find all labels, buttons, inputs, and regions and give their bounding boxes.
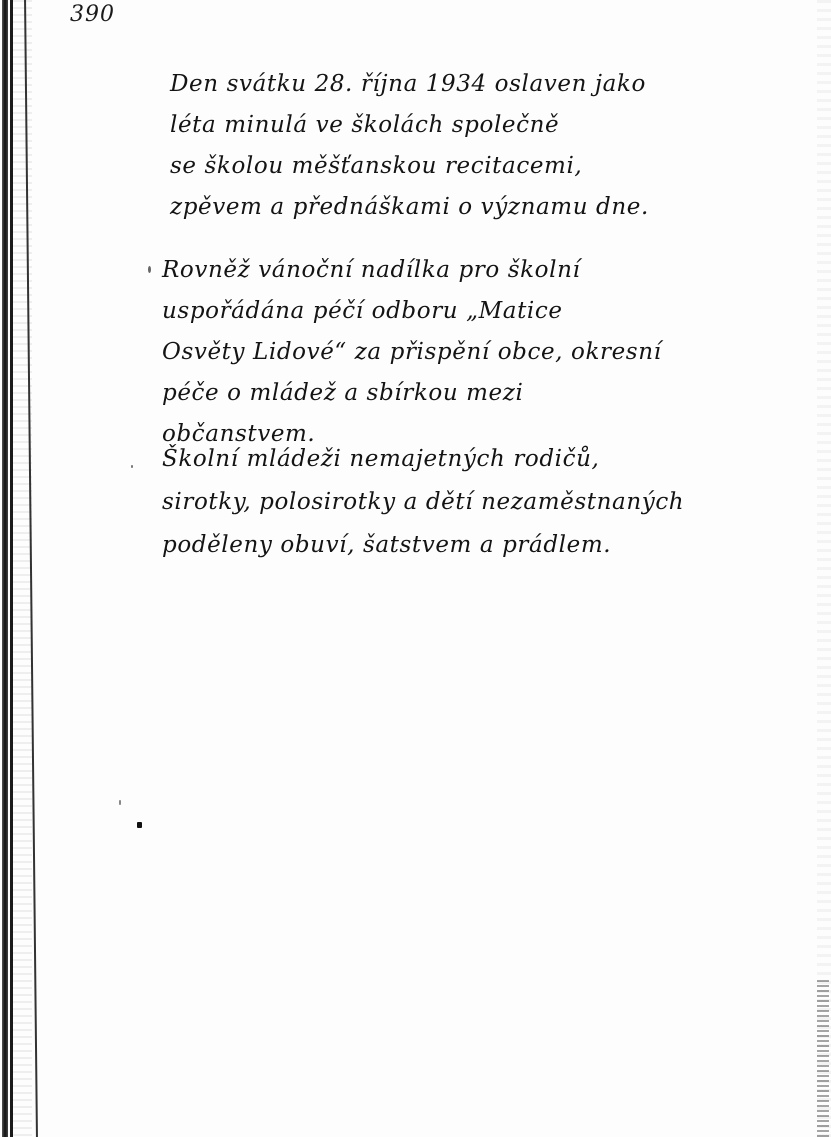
binding-edge-shadow <box>2 0 8 1137</box>
stray-mark <box>119 800 121 805</box>
text-line: péče o mládež a sbírkou mezi <box>162 373 662 414</box>
page-number: 390 <box>70 2 115 27</box>
scan-noise <box>12 0 32 1137</box>
right-edge-noise <box>817 0 831 1137</box>
ink-dot <box>137 822 142 828</box>
text-line: sirotky, polosirotky a dětí nezaměstnaný… <box>162 481 684 524</box>
text-line: poděleny obuví, šatstvem a prádlem. <box>162 524 684 567</box>
paragraph-clothing-distribution: Školní mládeži nemajetných rodičů, sirot… <box>162 438 684 567</box>
document-page: 390 Den svátku 28. října 1934 oslaven ja… <box>0 0 831 1137</box>
text-line: Den svátku 28. října 1934 oslaven jako <box>170 64 649 105</box>
text-line: zpěvem a přednáškami o významu dne. <box>170 187 649 228</box>
margin-mark <box>148 266 151 273</box>
text-line: Osvěty Lidové“ za přispění obce, okresní <box>162 332 662 373</box>
text-line: se školou měšťanskou recitacemi, <box>170 146 649 187</box>
right-edge-scan-artifact <box>817 980 829 1137</box>
text-line: Rovněž vánoční nadílka pro školní <box>162 250 662 291</box>
text-line: léta minulá ve školách společně <box>170 105 649 146</box>
text-line: uspořádána péčí odboru „Matice <box>162 291 662 332</box>
paragraph-christmas-gifts: Rovněž vánoční nadílka pro školní uspořá… <box>162 250 662 455</box>
margin-mark <box>131 465 133 468</box>
text-line: Školní mládeži nemajetných rodičů, <box>162 438 684 481</box>
paragraph-october-28-celebration: Den svátku 28. října 1934 oslaven jako l… <box>170 64 649 228</box>
